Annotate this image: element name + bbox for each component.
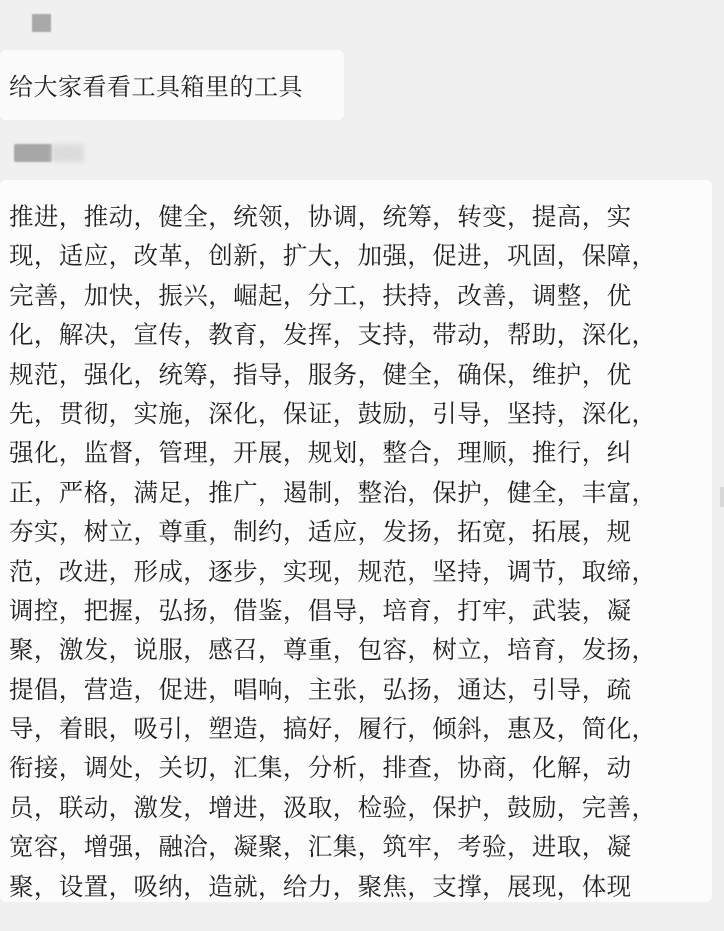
message-line: 现，适应，改革，创新，扩大，加强，促进，巩固，保障，	[9, 236, 712, 275]
message-line: 提倡，营造，促进，唱响，主张，弘扬，通达，引导，疏	[9, 670, 712, 709]
message-line: 导，着眼，吸引，塑造，搞好，履行，倾斜，惠及，简化，	[9, 709, 712, 748]
message-line: 推进，推动，健全，统领，协调，统筹，转变，提高，实	[9, 197, 712, 236]
message-line: 范，改进，形成，逐步，实现，规范，坚持，调节，取缔，	[9, 552, 712, 591]
message-line: 聚，设置，吸纳，造就，给力，聚焦，支撑，展现，体现	[9, 867, 712, 906]
avatar-blurred[interactable]	[32, 14, 51, 32]
message-line: 先，贯彻，实施，深化，保证，鼓励，引导，坚持，深化，	[9, 394, 712, 433]
message-line: 员，联动，激发，增进，汲取，检验，保护，鼓励，完善，	[9, 788, 712, 827]
message-line: 调控，把握，弘扬，借鉴，倡导，培育，打牢，武装，凝	[9, 591, 712, 630]
message-line: 化，解决，宣传，教育，发挥，支持，带动，帮助，深化，	[9, 315, 712, 354]
message-line: 夯实，树立，尊重，制约，适应，发扬，拓宽，拓展，规	[9, 512, 712, 551]
chat-message-bubble-long[interactable]: 推进，推动，健全，统领，协调，统筹，转变，提高，实 现，适应，改革，创新，扩大，…	[0, 180, 712, 902]
message-text: 给大家看看工具箱里的工具	[9, 73, 303, 101]
message-line: 衔接，调处，关切，汇集，分析，排查，协商，化解，动	[9, 748, 712, 787]
message-line: 聚，激发，说服，感召，尊重，包容，树立，培育，发扬，	[9, 630, 712, 669]
message-line: 规范，强化，统筹，指导，服务，健全，确保，维护，优	[9, 355, 712, 394]
chat-message-bubble[interactable]: 给大家看看工具箱里的工具	[0, 50, 344, 120]
message-line: 完善，加快，振兴，崛起，分工，扶持，改善，调整，优	[9, 276, 712, 315]
scrollbar-thumb[interactable]	[720, 487, 724, 507]
message-line: 正，严格，满足，推广，遏制，整治，保护，健全，丰富，	[9, 473, 712, 512]
message-line: 强化，监督，管理，开展，规划，整合，理顺，推行，纠	[9, 433, 712, 472]
message-line: 宽容，增强，融洽，凝聚，汇集，筑牢，考验，进取，凝	[9, 827, 712, 866]
sender-name-redacted	[14, 144, 52, 162]
